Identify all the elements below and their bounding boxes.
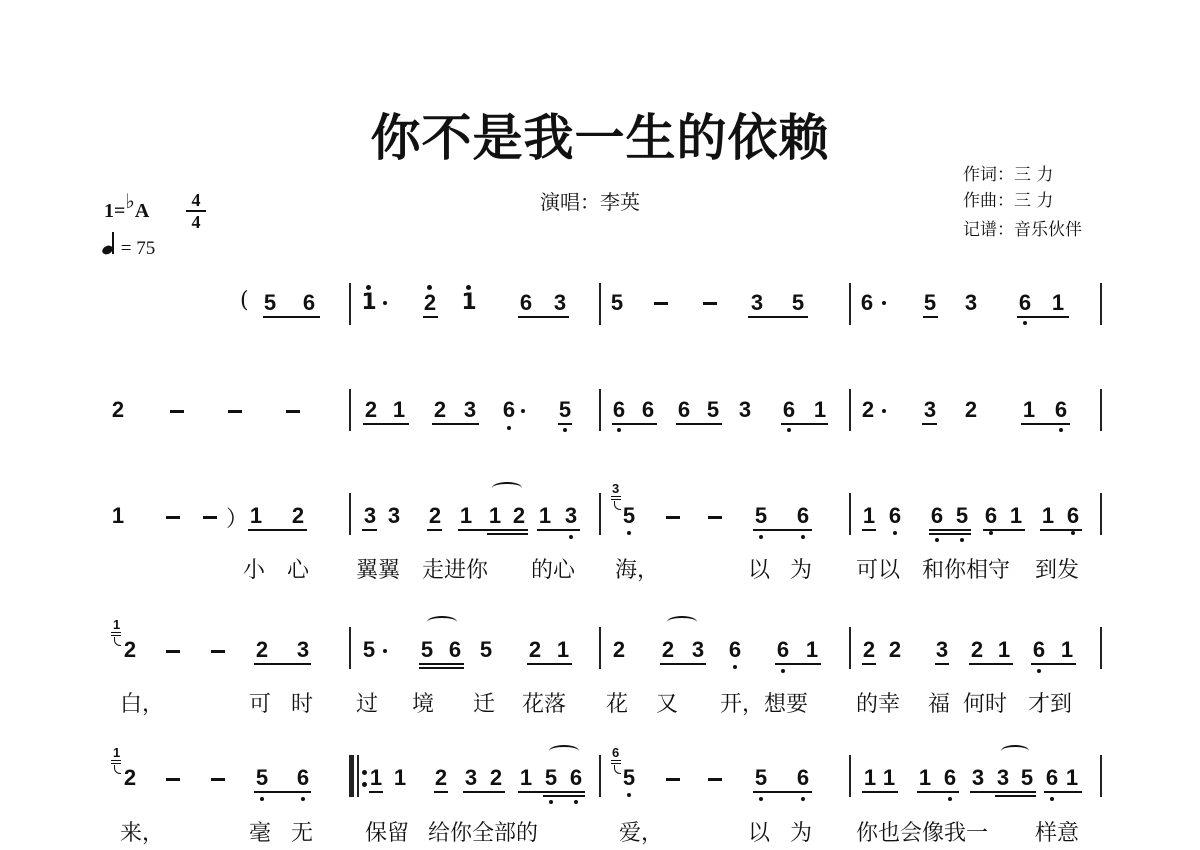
flat-icon: ♭	[125, 191, 134, 213]
note: 3	[749, 291, 765, 315]
underline-eighth	[458, 529, 528, 531]
note: 6	[1017, 291, 1033, 315]
note: 3	[295, 638, 311, 662]
note: 2	[488, 766, 504, 790]
lyric: 才到	[1028, 687, 1072, 718]
slur	[1001, 745, 1029, 757]
low-octave-dot	[301, 797, 305, 801]
augmentation-dot	[882, 409, 886, 413]
low-octave-dot	[733, 665, 737, 669]
dash-extension	[211, 650, 225, 653]
note: 3	[690, 638, 706, 662]
slur	[549, 745, 579, 757]
underline-sixteenth	[929, 533, 971, 535]
tempo-value: = 75	[121, 238, 155, 259]
underline-eighth	[781, 423, 828, 425]
lyric: 迁	[473, 687, 495, 718]
underline-eighth	[518, 316, 569, 318]
low-octave-dot	[617, 428, 621, 432]
lyric: 时	[291, 687, 313, 718]
underline-eighth	[862, 791, 898, 793]
barline	[599, 389, 601, 431]
note: 1	[361, 291, 377, 315]
low-octave-dot	[563, 428, 567, 432]
note: 6	[887, 504, 903, 528]
underline-eighth	[612, 423, 657, 425]
grace-underline	[611, 496, 621, 497]
lyric: 来，	[120, 816, 164, 847]
barline	[599, 755, 601, 797]
note: 2	[432, 398, 448, 422]
low-octave-dot	[781, 669, 785, 673]
lyric: 你也会像我一	[856, 816, 988, 847]
note: 6	[929, 504, 945, 528]
note: 6	[301, 291, 317, 315]
lyric: 又	[656, 687, 678, 718]
low-octave-dot	[759, 797, 763, 801]
dash-extension	[203, 516, 217, 519]
note: 1	[1021, 398, 1037, 422]
repeat-start-thin-bar	[357, 755, 359, 797]
lyric: 以	[748, 553, 770, 584]
underline-eighth	[862, 663, 876, 665]
lyric: 为	[790, 553, 812, 584]
slur	[667, 616, 697, 628]
barline	[599, 283, 601, 325]
note: 1	[518, 766, 534, 790]
note: 2	[969, 638, 985, 662]
underline-eighth	[248, 529, 307, 531]
note: 2	[363, 398, 379, 422]
transcriber-credit: 记谱：音乐伙伴	[963, 217, 1082, 243]
barline	[599, 493, 601, 535]
underline-eighth	[527, 663, 572, 665]
low-octave-dot	[1071, 531, 1075, 535]
note: 6	[795, 504, 811, 528]
note: 1	[917, 766, 933, 790]
underline-eighth	[423, 316, 438, 318]
low-octave-dot	[787, 428, 791, 432]
lyric: 爱，	[619, 816, 663, 847]
underline-eighth	[558, 423, 572, 425]
augmentation-dot	[882, 301, 886, 305]
lyric: 境	[412, 687, 434, 718]
grace-underline	[611, 763, 621, 764]
low-octave-dot	[574, 800, 578, 804]
lyric: 小	[243, 553, 265, 584]
dash-extension	[703, 302, 717, 305]
lyric: 和你相守	[922, 553, 1010, 584]
note: 6	[1031, 638, 1047, 662]
lyric: 花落	[522, 687, 566, 718]
dash-extension	[166, 650, 180, 653]
grace-note: 3	[612, 481, 619, 496]
underline-eighth	[917, 791, 959, 793]
underline-eighth	[1031, 663, 1076, 665]
key-letter: A	[135, 200, 149, 222]
time-signature-bottom: 4	[186, 213, 206, 231]
note: 6	[295, 766, 311, 790]
augmentation-dot	[383, 649, 387, 653]
lyric: 翼翼	[356, 553, 400, 584]
lyric: 毫	[249, 816, 271, 847]
note: 2	[660, 638, 676, 662]
note: 5	[361, 638, 377, 662]
note: 2	[122, 766, 138, 790]
note: 1	[1064, 766, 1080, 790]
lyric: 过	[356, 687, 378, 718]
note: 6	[781, 398, 797, 422]
note: 6	[611, 398, 627, 422]
underline-eighth	[263, 316, 320, 318]
repeat-dot	[362, 782, 367, 787]
note: 2	[887, 638, 903, 662]
underline-eighth	[463, 791, 505, 793]
lyric: 为	[790, 816, 812, 847]
grace-underline	[111, 632, 121, 633]
barline	[849, 389, 851, 431]
note: 2	[433, 766, 449, 790]
low-octave-dot	[1050, 797, 1054, 801]
note: 1	[881, 766, 897, 790]
note: 1	[1008, 504, 1024, 528]
note: 2	[861, 638, 877, 662]
repeat-start-thick-bar	[349, 755, 354, 797]
note: 2	[860, 398, 876, 422]
augmentation-dot	[521, 409, 525, 413]
composer-credit: 作曲：三 力	[963, 188, 1053, 214]
note: 5	[419, 638, 435, 662]
underline-eighth	[518, 791, 585, 793]
note: 6	[1065, 504, 1081, 528]
low-octave-dot	[1037, 669, 1041, 673]
note: 1	[1040, 504, 1056, 528]
lyric: 无	[291, 816, 313, 847]
note: 5	[954, 504, 970, 528]
note: 5	[543, 766, 559, 790]
note: 3	[552, 291, 568, 315]
lyricist-credit: 作词：三 力	[963, 162, 1053, 188]
dash-extension	[286, 410, 300, 413]
note: 6	[640, 398, 656, 422]
augmentation-dot	[383, 301, 387, 305]
dash-extension	[666, 516, 680, 519]
note: 5	[478, 638, 494, 662]
key-prefix: 1=	[104, 200, 125, 222]
note: 1	[368, 766, 384, 790]
barline	[349, 627, 351, 669]
lyric: 何时	[963, 687, 1007, 718]
underline-eighth	[923, 316, 938, 318]
low-octave-dot	[989, 531, 993, 535]
underline-sixteenth	[419, 667, 464, 669]
lyric: 海，	[615, 553, 659, 584]
low-octave-dot	[569, 535, 573, 539]
grace-underline	[611, 760, 621, 761]
low-octave-dot	[801, 797, 805, 801]
barline	[849, 283, 851, 325]
barline	[599, 627, 601, 669]
underline-eighth	[660, 663, 706, 665]
note: 1	[996, 638, 1012, 662]
note: 1	[812, 398, 828, 422]
note: 3	[737, 398, 753, 422]
low-octave-dot	[935, 538, 939, 542]
low-octave-dot	[1023, 321, 1027, 325]
note: 2	[963, 398, 979, 422]
lyric: 给你全部的	[428, 816, 538, 847]
low-octave-dot	[627, 793, 631, 797]
dash-extension	[170, 410, 184, 413]
note: 3	[463, 766, 479, 790]
note: 6	[983, 504, 999, 528]
dash-extension	[708, 778, 722, 781]
low-octave-dot	[948, 797, 952, 801]
song-title: 你不是我一生的依赖	[0, 98, 1200, 170]
lyric: 以	[748, 816, 770, 847]
lyric: 的幸	[856, 687, 900, 718]
note: 6	[942, 766, 958, 790]
note: 2	[122, 638, 138, 662]
lyric: 保留	[365, 816, 409, 847]
barline	[849, 627, 851, 669]
note: 1	[392, 766, 408, 790]
dash-extension	[708, 516, 722, 519]
barline	[1100, 389, 1102, 431]
dash-extension	[666, 778, 680, 781]
underline-eighth	[1040, 529, 1082, 531]
slur	[492, 482, 522, 494]
note: 2	[254, 638, 270, 662]
note: 3	[386, 504, 402, 528]
underline-eighth	[775, 663, 821, 665]
grace-slur-icon	[614, 501, 621, 510]
underline-eighth	[1044, 791, 1082, 793]
underline-eighth	[1017, 316, 1069, 318]
underline-eighth	[922, 423, 937, 425]
note: 2	[527, 638, 543, 662]
underline-eighth	[427, 529, 442, 531]
barline	[349, 389, 351, 431]
lyric: 心	[287, 553, 309, 584]
grace-slur-icon	[114, 765, 121, 774]
note: 1	[110, 504, 126, 528]
key-signature: 1=♭A	[104, 198, 149, 223]
barline	[1100, 493, 1102, 535]
underline-sixteenth	[487, 533, 528, 535]
low-octave-dot	[627, 531, 631, 535]
barline	[1100, 627, 1102, 669]
lyric: 可	[249, 687, 271, 718]
note: 6	[568, 766, 584, 790]
low-octave-dot	[801, 535, 805, 539]
note: 6	[727, 638, 743, 662]
underline-eighth	[1021, 423, 1070, 425]
lyric: 花	[606, 687, 628, 718]
note: 1	[862, 766, 878, 790]
lyric: 白，	[120, 687, 164, 718]
underline-eighth	[970, 791, 1036, 793]
note: 3	[922, 398, 938, 422]
note: 6	[447, 638, 463, 662]
note: 1	[391, 398, 407, 422]
note: 5	[705, 398, 721, 422]
lyric: 福	[928, 687, 950, 718]
lyric: 到发	[1035, 553, 1079, 584]
note: 5	[753, 766, 769, 790]
tempo-marking: = 75	[102, 234, 155, 260]
note: 1	[861, 504, 877, 528]
lyric: 可以	[856, 553, 900, 584]
grace-underline	[611, 499, 621, 500]
note: 1	[555, 638, 571, 662]
underline-eighth	[753, 529, 812, 531]
underline-eighth	[434, 791, 448, 793]
underline-sixteenth	[543, 795, 585, 797]
note: 2	[611, 638, 627, 662]
note: 2	[110, 398, 126, 422]
note: 3	[963, 291, 979, 315]
dash-extension	[166, 516, 180, 519]
barline	[349, 493, 351, 535]
barline	[1100, 755, 1102, 797]
note: 6	[775, 638, 791, 662]
high-octave-dot	[366, 285, 371, 290]
note: 1	[1059, 638, 1075, 662]
time-signature-top: 4	[186, 191, 206, 209]
note: 2	[511, 504, 527, 528]
note: 3	[934, 638, 950, 662]
note: 6	[1044, 766, 1060, 790]
grace-underline	[111, 760, 121, 761]
low-octave-dot	[549, 800, 553, 804]
grace-note: 1	[113, 745, 120, 760]
lyric: 样意	[1035, 816, 1079, 847]
high-octave-dot	[427, 285, 432, 290]
note: 3	[563, 504, 579, 528]
note: 6	[518, 291, 534, 315]
note: 5	[254, 766, 270, 790]
grace-slur-icon	[614, 765, 621, 774]
grace-underline	[111, 635, 121, 636]
note: 5	[621, 504, 637, 528]
note: 6	[859, 291, 875, 315]
repeat-dot	[362, 770, 367, 775]
grace-note: 1	[113, 617, 120, 632]
note: 5	[609, 291, 625, 315]
note: 1	[461, 291, 477, 315]
singer-credit: 演唱：李英	[540, 186, 640, 215]
note: 3	[995, 766, 1011, 790]
note: 5	[790, 291, 806, 315]
underline-eighth	[935, 663, 949, 665]
note: 2	[422, 291, 438, 315]
note: 3	[462, 398, 478, 422]
underline-eighth	[676, 423, 722, 425]
lyric: 的心	[531, 553, 575, 584]
underline-eighth	[983, 529, 1025, 531]
close-parenthesis: ）	[226, 502, 248, 533]
note: 1	[248, 504, 264, 528]
underline-sixteenth	[995, 795, 1036, 797]
note: 1	[487, 504, 503, 528]
quarter-note-icon	[102, 234, 116, 254]
low-octave-dot	[507, 426, 511, 430]
barline	[849, 493, 851, 535]
underline-eighth	[369, 791, 383, 793]
slur	[427, 616, 457, 628]
grace-slur-icon	[114, 637, 121, 646]
note: 5	[753, 504, 769, 528]
open-parenthesis: (	[240, 288, 249, 313]
note: 6	[795, 766, 811, 790]
underline-eighth	[362, 529, 377, 531]
note: 5	[557, 398, 573, 422]
underline-eighth	[432, 423, 479, 425]
underline-eighth	[363, 423, 409, 425]
dash-extension	[654, 302, 668, 305]
lyric: 走进你	[422, 553, 488, 584]
underline-eighth	[419, 663, 464, 665]
note: 6	[676, 398, 692, 422]
note: 5	[922, 291, 938, 315]
low-octave-dot	[893, 531, 897, 535]
dash-extension	[211, 778, 225, 781]
underline-eighth	[537, 529, 580, 531]
underline-eighth	[254, 663, 311, 665]
low-octave-dot	[759, 535, 763, 539]
note: 5	[1019, 766, 1035, 790]
note: 5	[262, 291, 278, 315]
dash-extension	[166, 778, 180, 781]
dash-extension	[228, 410, 242, 413]
note: 2	[290, 504, 306, 528]
low-octave-dot	[1059, 428, 1063, 432]
note: 1	[458, 504, 474, 528]
barline	[1100, 283, 1102, 325]
note: 6	[1053, 398, 1069, 422]
grace-note: 6	[612, 745, 619, 760]
note: 2	[427, 504, 443, 528]
note: 6	[501, 398, 517, 422]
grace-underline	[111, 763, 121, 764]
low-octave-dot	[260, 797, 264, 801]
underline-eighth	[969, 663, 1013, 665]
barline	[349, 283, 351, 325]
underline-eighth	[929, 529, 971, 531]
high-octave-dot	[466, 285, 471, 290]
underline-eighth	[753, 791, 812, 793]
note: 5	[621, 766, 637, 790]
note: 1	[804, 638, 820, 662]
note: 3	[362, 504, 378, 528]
time-signature: 4 4	[186, 191, 206, 231]
barline	[849, 755, 851, 797]
lyric: 开，想要	[720, 687, 808, 718]
note: 1	[1050, 291, 1066, 315]
low-octave-dot	[960, 538, 964, 542]
note: 1	[537, 504, 553, 528]
underline-eighth	[862, 529, 876, 531]
underline-eighth	[748, 316, 808, 318]
underline-eighth	[254, 791, 311, 793]
note: 3	[970, 766, 986, 790]
